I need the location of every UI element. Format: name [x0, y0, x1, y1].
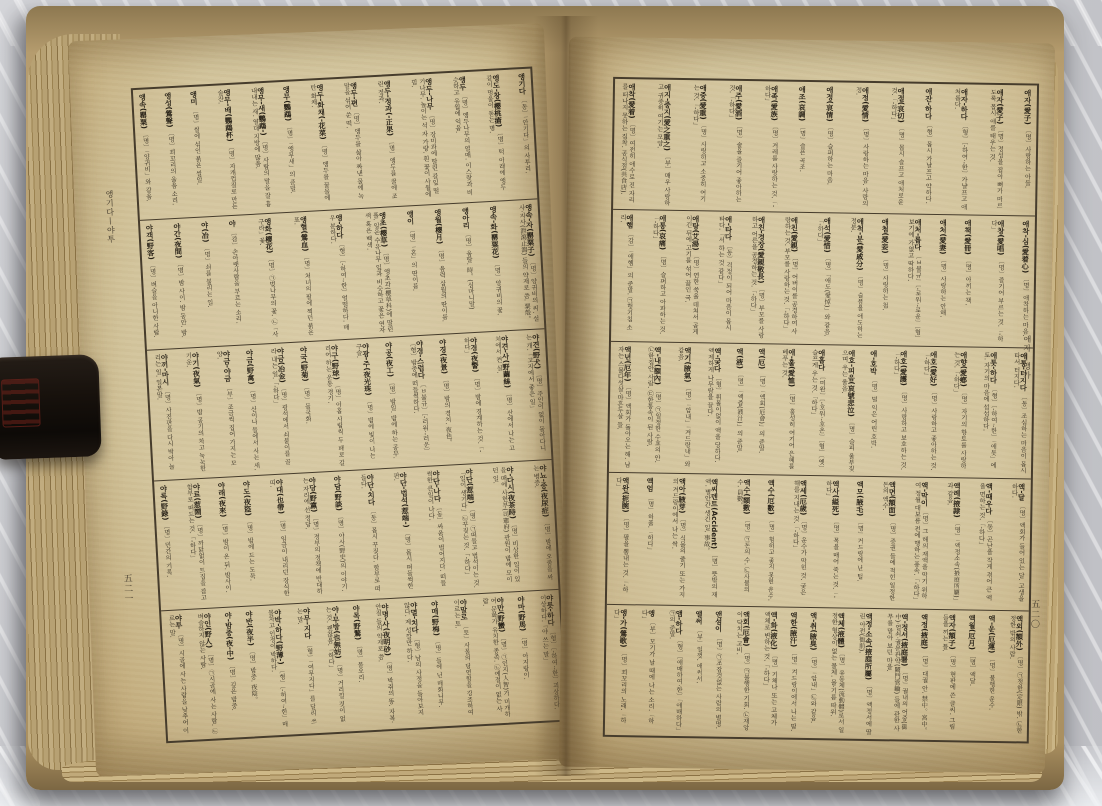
dictionary-entry: 액씨덴트(Accident) 〔명〕뜻밖의 재액. 별안간 생긴 일. 事故。: [701, 479, 719, 602]
dictionary-entry: 애친-경장(愛親敬長) 〔명〕부모를 사랑하고 어른을 공경하는 것.「-하다」: [748, 216, 766, 339]
entry-definition: 〔명〕「혼」의 딴이름.: [408, 227, 418, 291]
entry-headword: 애절(哀切): [897, 87, 906, 125]
entry-headword: 야국(野菊): [299, 346, 310, 384]
dictionary-entry: 애첩(愛妾) 〔명〕사랑하는 첩.: [879, 219, 889, 342]
entry-headword: 액-막이: [920, 482, 928, 509]
dictionary-entry: 액월(厄月) 〔명〕액달.: [966, 614, 976, 737]
entry-headword: 앰-하다: [675, 610, 683, 637]
entry-definition: 〔명〕「액회(厄會)」의 준말.: [757, 372, 765, 453]
dictionary-entry: 액-달 〔명〕액회가 들어 있는 달. 고생을 하다.: [1008, 483, 1026, 606]
entry-headword: 애착(愛着): [627, 83, 636, 121]
dictionary-entry: 야무-지다 〔형〕「여무지다」를 달리 쓰는 말.: [294, 608, 317, 730]
entry-definition: 〔명〕사랑하는 아들.: [1023, 127, 1031, 188]
entry-headword: 액체(液體): [837, 612, 846, 650]
dictionary-entry: 야래(夜來) 〔명〕밤이 온 뒤. 밤사이.: [217, 481, 232, 603]
dictionary-entry: 앵두-화채(-花菜) 〔명〕앵두를 꿀물에 탄 화채.: [308, 84, 331, 206]
entry-headword: 애창(愛唱): [996, 220, 1005, 258]
entry-headword: 애호-피음(哀號悲泣): [847, 349, 856, 419]
dictionary-entry: 야구(野球) 〔명〕아홉 사람씩 두 패로 갈리어 하는 운동 경기.: [322, 345, 345, 467]
dictionary-entry: 야만(野蠻) 〔명〕㉠인지(人智)가 미개하여 문화가 유치한 종족. ㉡예절이…: [480, 597, 511, 720]
entry-headword: 액모(腋毛): [856, 481, 865, 519]
entry-headword: 애석(愛惜): [823, 218, 832, 256]
entry-headword: 앵-가(鶯歌): [619, 609, 628, 650]
entry-headword: 야록(野錄): [159, 485, 170, 523]
entry-definition: 〔명〕들국화.: [302, 384, 311, 424]
dictionary-entry: 애호(愛好) 〔명〕사랑하고 좋아하는 것.「-하다」: [920, 351, 938, 474]
entry-definition: 〔명〕슬퍼하는 마음.: [825, 124, 833, 185]
dictionary-entry: 액년(厄年) 〔명〕액회가 돌아오는 해. 남자는 스물다섯살·마흔두살 들.: [614, 346, 632, 469]
entry-definition: 〔명〕야사(野史)의 이야기.: [336, 513, 347, 591]
dictionary-entry: 액면(額面) 〔명〕증권 들에 적힌 일정한 돈의 액수.: [879, 481, 897, 604]
dictionary-entry: 애정(哀情) 〔명〕슬퍼하는 마음.: [824, 86, 834, 209]
dictionary-entry: 야공(夜工) 〔명〕밤일. 밤에 하는 공부.: [384, 342, 399, 464]
entry-headword: 앵기다: [517, 73, 527, 98]
dictionary-entry: 앤섬이 〔명〕㉠조잡것없는 사람의 별명.: [713, 610, 723, 733]
entry-headword: 애정(愛情): [861, 87, 870, 125]
entry-definition: 〔명〕사랑하는 안해.: [939, 257, 947, 318]
right-page-frame: 애자(愛子) 〔명〕사랑하는 아들.애자(愛子) 〔명〕정성을 잡아 뼈가 마르…: [603, 77, 1039, 744]
dictionary-entry: 앵무-배(鸚鵡杯) 〔명〕자개껍질로 만든 술잔.: [215, 89, 238, 211]
entry-headword: 액월(厄月): [968, 614, 977, 652]
entry-definition: 〔명〕움딸. 時。(심마니말): [464, 231, 475, 309]
entry-headword: 야투: [174, 615, 184, 632]
clip-red-marking: [1, 378, 41, 427]
dictionary-entry: 앵기다 〔동〕「안기다」의 사투리.: [517, 73, 532, 195]
dictionary-entry: 액-궂다 〔형〕휘몰이없이 액을 당하다. 액제하게 나무람을 끌다.: [704, 347, 722, 470]
entry-definition: 〔명〕깊은 밤중.: [228, 663, 238, 711]
entry-headword: 앵무(鸚鵡): [282, 86, 293, 124]
dictionary-entry: 액한(腋汗) 〔명〕겨드랑이에서 나는 땀.: [788, 611, 798, 734]
entry-headword: 앵두-화채(-花菜): [316, 84, 328, 143]
entry-headword: 앵혈(鶯血): [299, 215, 310, 253]
dictionary-entry: 애통(哀痛) 〔명〕슬퍼하고 아파하는 것.「-하다」: [649, 215, 667, 338]
dictionary-entry: 야료(惹鬧) 〔명〕까닭없이 트집을 잡고 함부로 떠드는 것.「-하다」: [184, 483, 207, 605]
entry-definition: 〔명〕험하고 좋지 못한 운수.: [766, 517, 774, 601]
entry-definition: 〔명〕아지랑이.: [520, 634, 529, 680]
entry-definition: 〔명〕「양귀비」와 같음.: [141, 131, 152, 201]
entry-definition: 〔명〕밤 사이. 밤 동안. 밤.: [176, 260, 187, 337]
entry-headword: 앵성(鶯聲): [164, 92, 175, 130]
dictionary-entry: 야멸-치다 〔형〕남의 사정을 돌아보지 않다. 제 성깔만 하다.: [402, 602, 425, 724]
dictionary-entry: 애석(愛惜) 〔명〕「애도(愛悼)」와 같음.「-하다」: [814, 217, 832, 340]
dictionary-entry: 애착-심(愛着心) 〔명〕애착하는 마음.: [1020, 221, 1030, 344]
entry-definition: 〔명〕불행한 운수.: [987, 655, 995, 710]
dictionary-entry: 앵도-창(櫻桃瘡) 〔명〕턱 아래에 앵두같이 멍울이 돋는 병.: [484, 74, 507, 196]
entry-definition: 〔명〕덜 익은 어린 호박.: [869, 377, 877, 448]
dictionary-entry: 애처(愛妻) 〔명〕사랑하는 안해.: [937, 219, 947, 342]
dictionary-entry: 애-훌(愛恤) 〔명〕훌성히 여기어 은혜를 베푸는 것.: [778, 348, 796, 471]
entry-definition: 〔명〕쌀에 섞인 붉은 쌀알.: [191, 108, 202, 186]
dictionary-entry: 야대(也帶) 〔명〕임금이 내리던 장식한 띠.: [267, 478, 290, 600]
entry-headword: 애친(愛親): [790, 217, 799, 255]
entry-headword: 야단-치다: [366, 473, 377, 508]
dictionary-entry: 앵초(櫻草) 〔명〕앵초과(櫻草科)에 딸린 풀. 잎은 수유나무 잎과 비슷하…: [362, 211, 393, 334]
dictionary-entry: 앵두 〔명〕앵두나무의 열매. 이스랏과 비슷하고 유월에 익음.: [450, 76, 473, 198]
entry-headword: 애잔-하다: [924, 88, 933, 122]
entry-headword: 액정(掖庭): [920, 613, 929, 651]
entry-headword: 액-궂다: [713, 347, 721, 374]
entry-headword: 애주(愛酒): [734, 85, 743, 123]
dictionary-entry: 앵월(櫻月) 〔명〕음력 삼월의 딴이름.: [434, 208, 449, 330]
dictionary-entry: 야인(野人) 〔명〕㉠시골에 사는 사람. ㉡벼슬하지 않는 사람.: [195, 613, 218, 735]
entry-definition: 〔명〕거드랑에 난 털.: [856, 519, 864, 582]
entry-headword: 액기(腋氣): [683, 347, 692, 385]
dictionary-entry: 야투 〔명〕시골에 사는 사람을 낮추어 이르는 말.: [166, 615, 189, 737]
dictionary-entry: 앵이 〔명〕「혼」의 딴이름.: [406, 210, 421, 332]
entry-headword: 야경(夜警): [469, 337, 480, 375]
entry-definition: 〔명〕꾀꼬리의 울음 소리.: [167, 130, 178, 206]
dictionary-entry: 야국(野菊) 〔명〕들국화.: [299, 346, 314, 468]
dictionary-entry: 애자(愛子) 〔명〕정성을 잡아 뼈가 마르도록 몹시 애를 태우는 것.: [986, 89, 1004, 212]
entry-headword: 애책(愛冊): [963, 220, 972, 258]
entry-headword: 야무-지다: [302, 608, 313, 643]
dictionary-entry: 야담(野談) 〔명〕야사(野史)의 이야기.: [333, 475, 348, 597]
dictionary-entry: 야-무방(也無妨) 〔명〕거리낄 것이 없는 것. 괜찮음.「하다」: [323, 606, 346, 728]
dictionary-entry: 야릇-하다 〔형〕〔-하여·-한〕괴상하다. 이상하다.「야 쓰는 말」: [538, 594, 561, 716]
entry-headword: 액면(額面): [888, 481, 897, 519]
entry-headword: 애착-심(愛着心): [1021, 221, 1030, 276]
dictionary-entry: 애자-하다 〔형〕〔-하여·-한〕가냘프고 애처롭다.: [951, 88, 969, 211]
entry-definition: 〔부〕모기가 날 때에 나는 소리.「하다」: [640, 609, 655, 723]
entry-headword: 액례(掖隷): [952, 482, 961, 520]
dictionary-entry: 야마(野馬) 〔명〕아지랑이.: [517, 596, 532, 718]
entry-headword: 애탕(艾湯): [691, 216, 700, 254]
entry-headword: 야광-주(夜光珠): [361, 343, 373, 399]
dictionary-entry: 야금(冶金) 〔명〕광석에서 쇠붙이를 골라 내는 일.「-하다」: [268, 347, 291, 469]
dictionary-entry: 액정-소속(掖庭所屬) 〔명〕액정서에 딸린 아전(衙前).: [855, 612, 873, 735]
dictionary-entry: 야매(野梅) 〔명〕들에 난 매화나무.: [430, 601, 445, 723]
dictionary-entry: 앵두-나무 〔명〕장미과에 딸린 갈잎 떨기나무. 높이는 석 자 가량. 흰 …: [409, 78, 440, 201]
entry-headword: 야간(夜間): [173, 222, 184, 260]
entry-headword: 앵속(罌粟): [138, 93, 149, 131]
entry-headword: 애처-롭다: [914, 219, 923, 253]
entry-headword: 액아(腋芽): [678, 478, 687, 516]
dictionary-entry: 액(厄) 〔명〕「액회(厄會)」의 준말.: [756, 348, 766, 471]
dictionary-entry: 야단-법석(惹端-) 〔명〕몹시 떠들썩한 판.: [391, 472, 414, 594]
entry-definition: 〔명〕「액즙(液汁)」의 준말.: [735, 371, 743, 452]
dictionary-entry: 앵-가(鶯歌) 〔명〕꾀꼬리의 노래.「하다」: [610, 609, 628, 732]
entry-headword: 앨써: [695, 610, 703, 627]
dictionary-entry: 애-타다 〔동〕걱정이 되어 마음이 몹시 타다.「서 하는 것 같다」: [715, 216, 733, 339]
entry-definition: 〔동〕「안기다」의 사투리.: [520, 97, 531, 174]
dictionary-entry: 앵속-화(罌粟花) 〔명〕양귀비의 꽃.: [489, 205, 504, 327]
entry-definition: 〔명〕액달.: [968, 652, 976, 686]
entry-headword: 야금-야금: [222, 350, 233, 385]
dictionary-entry: 액기(腋氣) 〔명〕「암내」「겨드랑내」와 같음.: [674, 347, 692, 470]
left-page-frame: 앵기다 〔동〕「안기다」의 사투리.앵도-창(櫻桃瘡) 〔명〕턱 아래에 앵두같…: [131, 66, 568, 743]
entry-definition: 〔명〕시골에 사는 사람을 낮추어 이르는 말.: [167, 615, 188, 734]
dictionary-entry: 액세(厄歲) 〔명〕운수가 막힌 것. 궂은 해를 지내는 것.「-하다」: [790, 480, 808, 603]
entry-headword: 야래(夜來): [217, 481, 228, 519]
dictionary-entry: 야도(夜盜) 〔명〕밤에 드는 도둑.: [242, 480, 257, 602]
dictionary-entry: 야단-나다 〔동〕싸움이 벌어지다. 떠들썩한 큰일이 나다.: [424, 470, 447, 592]
dictionary-entry: 앵두-정과(-正果) 〔명〕앵두를 꿀에 조린 정과.: [375, 80, 398, 202]
page-number-left: 五二一: [121, 573, 135, 603]
entry-headword: 애향(愛鄕): [959, 351, 968, 389]
entry-definition: 〔명〕산이나 들에서 사는 새.: [248, 387, 260, 471]
dictionary-entry: 야명-사(夜明砂) 〔명〕박쥐의 똥. 자복·안질 들의 약재로 씀.: [373, 603, 396, 725]
dictionary-entry: 애착(愛着) 〔명〕여전히 애수로 진 자리를 떠나지 못하는 집착. 공식점(…: [618, 83, 636, 206]
dictionary-entry: 야끼-마시 〔명〕사진판을 다시 박아 늘리는 일. 일본말.: [152, 354, 175, 476]
dictionary-entry: 야간(夜間) 〔명〕밤 사이. 밤 동안. 밤.: [173, 222, 188, 344]
dictionary-entry: 애지-중지(愛之重之) 〔부〕매우 사랑하고 귀중히 여기는 모양.: [654, 84, 672, 207]
entry-row: 야뇨-증(夜尿症) 〔명〕밤에 오줌을 싸는 병증.야-다시(夜茶時) 〔명〕비…: [154, 460, 558, 612]
entry-row: 애자(愛子) 〔명〕사랑하는 아들.애자(愛子) 〔명〕정성을 잡아 뼈가 마르…: [613, 79, 1037, 217]
entry-headword: 야단-법석(惹端-): [399, 472, 411, 531]
running-head-left: 앵기다—야투: [104, 190, 117, 244]
entry-definition: 〔명〕양귀비의 꽃.: [493, 260, 503, 315]
dictionary-entry: 앵아리 〔명〕움딸. 時。(심마니말): [461, 207, 476, 329]
entry-headword: 야공(夜工): [384, 342, 395, 380]
entry-row: 야릇-하다 〔형〕〔-하여·-한〕괴상하다. 이상하다.「야 쓰는 말」야마(野…: [161, 590, 565, 741]
entry-definition: 〔명〕애착하는 마음.: [1021, 276, 1029, 337]
entry-headword: 앵미: [189, 91, 199, 108]
entry-row: 앵속-자(罌粟子) 〔명〕양귀비의 씨. 설사·지사(泄瀉止瀉) 들의 약재로 …: [140, 199, 544, 351]
entry-headword: 액수(額數): [742, 479, 751, 517]
dictionary-entry: 액정(掖庭) 〔명〕대궐 안. 禁中。宮中。: [919, 613, 929, 736]
entry-headword: 야대(也帶): [275, 478, 286, 516]
entry-definition: 〔명〕앵두나무의 열매. 이스랏과 비슷하고 유월에 익음.: [451, 77, 472, 196]
dictionary-entry: 애책(愛冊) 〔명〕아끼는 책.: [962, 220, 972, 343]
dictionary-entry: 애잔-하다 〔형〕몹시 가냘프고 약하다.: [923, 88, 933, 211]
entry-headword: 야기(夜氣): [191, 352, 202, 390]
dictionary-entry: 야-다시(夜茶時) 〔명〕비상한 일이 있을 때에 사헌부(司憲府) 관원이 밤…: [490, 466, 521, 589]
entry-headword: 애지-중지(愛之重之): [663, 84, 672, 154]
dictionary-entry: 야뇨-증(夜尿症) 〔명〕밤에 오줌을 싸는 병증.: [531, 464, 554, 586]
entry-definition: 〔명〕「암내」㉡와 같음.: [809, 653, 817, 723]
dictionary-entry: 액외(額外) 〔명〕㉠정한(定限) 밖. ㉡한정한 밖의 사람.: [1006, 615, 1024, 738]
entry-headword: 앵이: [406, 210, 416, 227]
entry-headword: 액(液): [736, 348, 744, 372]
entry-headword: 앵-하다: [335, 214, 345, 241]
entry-headword: 앵속-화(罌粟花): [489, 205, 501, 261]
dictionary-entry: 야록(野錄) 〔명〕민간의 기록.: [159, 485, 174, 607]
entry-row: 애착-심(愛着心) 〔명〕애착하는 마음.애창(愛唱) 〔명〕즐기어 부르는 것…: [611, 210, 1035, 348]
dictionary-entry: 야반(夜半) 〔명〕밤중. 夜陰。: [245, 611, 260, 733]
entry-headword: 액-화(液化): [770, 611, 779, 652]
entry-row: 앵기다 〔동〕「안기다」의 사투리.앵도-창(櫻桃瘡) 〔명〕턱 아래에 앵두같…: [133, 69, 537, 221]
entry-definition: 〔명〕「앵무새」의 준말.: [285, 123, 296, 193]
dictionary-entry: 액례(掖隷) 〔명〕「액정소속(掖庭所屬)」과 같음.: [943, 482, 961, 605]
entry-definition: 〔명〕㉠조잡것없는 사람의 별명.: [714, 634, 722, 728]
entry-headword: 액-달: [1017, 484, 1025, 504]
entry-definition: 〔명〕비상한 일이 있을 때에 사헌부(司憲府) 관원이 밤에 모이던 일.: [491, 466, 520, 582]
dictionary-entry: 애친(愛親) 〔명〕어버이를 공경하여 사랑하는 것. 부모를 사랑하는 것.「…: [781, 217, 799, 340]
dictionary-entry: 앵 〔부〕모기가 날 때에 나는 소리.「하다」: [638, 609, 656, 732]
dictionary-entry: 애조(哀調) 〔명〕슬픈 곡조.: [796, 86, 806, 209]
entry-headword: 야객(野客): [145, 224, 156, 262]
entry-headword: 애정(哀情): [825, 86, 834, 124]
dictionary-entry: 앨써 〔부〕일껏. 애써서.: [693, 610, 703, 733]
left-page: 앵기다—야투 五二一 앵기다 〔동〕「안기다」의 사투리.앵도-창(櫻桃瘡) 〔…: [68, 23, 572, 777]
entry-headword: 야견-사(野繭絲): [500, 335, 512, 391]
entry-headword: 야마(野馬): [517, 596, 528, 634]
entry-headword: 야매(野梅): [430, 601, 441, 639]
entry-headword: 야도(夜盜): [242, 480, 253, 518]
dictionary-entry: 애호(愛護) 〔명〕사랑하고 보호하는 것.「-하다」: [890, 350, 908, 473]
entry-definition: 〔명〕하품.「하다」: [646, 495, 654, 554]
dictionary-entry: 애탕(艾湯) 〔명〕연한 쑥을 데쳐서 곱게 이긴 뒤에 고기를 섞어 끓인 국…: [682, 215, 700, 338]
dictionary-entry: 야말로 〔토〕사물의 당연함을 강조하여 이르는 토.: [451, 599, 474, 721]
entry-headword: 애호(愛好): [929, 351, 938, 389]
entry-headword: 야(冶): [200, 221, 210, 245]
entry-headword: 애자(愛子): [996, 89, 1005, 127]
entry-headword: 앵아리: [461, 207, 471, 232]
dictionary-entry: 애틋-하다 〔형〕〔-하여·-한〕「애틋」에 토. 자기의 마음에 섭섭하다.: [980, 352, 998, 475]
entry-headword: 야목(野鶩): [352, 605, 363, 643]
dictionary-entry: 야목(野鶩) 〔명〕물오리.: [352, 605, 367, 727]
entry-headword: 애자-하다: [960, 88, 969, 122]
dictionary-entry: 애처-롭다 〔ㅂ불규〕〔-로워·-로운〕〔형〕보기에 가엾고 딱하다.: [904, 219, 922, 342]
dictionary-entry: 애-호박 〔명〕덜 익은 어린 호박.: [868, 350, 878, 473]
entry-definition: 〔명〕밤에 드는 도둑.: [245, 518, 255, 581]
dictionary-entry: 액-막이 〔명〕그 해의 재액을 막기 위하여 정월 대보름 전에 행하는 풍속…: [911, 482, 929, 605]
entry-headword: 액수(厄數): [767, 480, 776, 518]
dictionary-entry: 액수(厄數) 〔명〕험하고 좋지 못한 운수.: [765, 480, 775, 603]
dictionary-entry: 액수(額數) 〔명〕㉠돈의 수. ㉡사물의 수. 員數。: [733, 479, 751, 602]
dictionary-entry: 야경(夜景) 〔명〕밤의 경치. 夜色。: [438, 339, 453, 461]
dictionary-entry: 앵-하다 〔형〕〔-하여·-한〕얼떨하다. 매우 분하다.: [327, 214, 350, 336]
entry-headword: 액-취(腋臭): [809, 612, 818, 653]
dictionary-entry: 야금(野禽) 〔명〕산이나 들에서 사는 새.: [245, 349, 260, 471]
running-head-right: 애자—앵가: [1021, 335, 1033, 380]
entry-definition: 〔명〕밤일. 밤에 하는 공부.: [387, 379, 398, 459]
entry-definition: 〔부〕일껏. 애써서.: [695, 627, 703, 684]
entry-definition: 〔명〕들에 난 매화나무.: [433, 639, 444, 708]
entry-definition: 〔명〕아끼는 책.: [964, 258, 972, 306]
dictionary-entry: 앰-하다 〔형〕〔애매하여·한〕「애매하다」㉠의 준말.: [665, 609, 683, 732]
entry-headword: 애-타다: [724, 216, 732, 243]
entry-row: 액외(額外) 〔명〕㉠정한(定限) 밖. ㉡한정한 밖의 사람.액-운(厄運) …: [605, 604, 1029, 741]
dictionary-entry: 야객(野客) 〔명〕벼슬을 아니한 사람.: [145, 224, 160, 346]
dictionary-entry: 액사(縊死) 〔명〕목을 매어 죽는 것.「-하다」: [822, 480, 840, 603]
entry-headword: 앵두-정과(-正果): [383, 80, 395, 139]
dictionary-entry: 애햄 〔감〕「애헴」의 준말. ㉠헛기침 소리.: [616, 214, 634, 337]
entry-headword: 야뇨-증(夜尿症): [539, 464, 551, 520]
entry-definition: 〔명〕음력 삼월의 딴이름.: [437, 246, 448, 322]
entry-definition: 〔명〕사랑하는 첩.: [881, 256, 889, 311]
dictionary-entry: 애정(愛情) 〔명〕사랑하는 마음. 사랑의 정.: [852, 87, 870, 210]
entry-headword: 액엄: [646, 478, 654, 495]
dictionary-entry: 애척-분(愛戚分) 〔명〕슬픔을 애도하는 정분.: [846, 218, 864, 341]
dictionary-entry: 애창(愛唱) 〔명〕즐기어 부르는 것.「-하다」: [987, 220, 1005, 343]
dictionary-entry: 야견(野犬) 〔명〕주인이 없이 돌아다니는 개.「고지에서 좋은 일」: [523, 334, 546, 456]
entry-definition: 〔명〕밤의 경치. 夜色。: [441, 377, 452, 446]
dictionary-entry: 앵속-자(罌粟子) 〔명〕양귀비의 씨. 설사·지사(泄瀉止瀉) 들의 약재로 …: [516, 203, 539, 325]
dictionary-entry: 액모(腋毛) 〔명〕거드랑에 난 털.: [854, 481, 864, 604]
dictionary-entry: 야박-하다(野薄-) 〔형〕〔-하여·-한〕매몰차고 인정이 박하다.: [266, 609, 289, 731]
entry-headword: 앵: [647, 609, 655, 619]
entry-headword: 액자(額子): [948, 614, 957, 652]
dictionary-entry: 야경(夜警) 〔명〕밤에 경계하는 것.「-하다」: [461, 337, 484, 459]
dictionary-entry: 애향(愛鄕) 〔명〕자기의 향토를 사랑하는 것.「-하다」: [950, 351, 968, 474]
dictionary-entry: 앵두-편 〔명〕앵두를 삶아 짜낸 물에 녹말을 섞어 쑨 떡.: [341, 82, 364, 204]
dictionary-entry: 야-밤중(夜-中) 〔명〕깊은 밤중.: [224, 612, 239, 734]
entry-definition: 〔명〕슬픈 곡조.: [798, 124, 806, 172]
entry-headword: 야금(野禽): [245, 349, 256, 387]
dictionary-entry: 액-내(額內) 〔명〕㉠일정한 수효의 안. ㉡한집안 사람. ㉢한통속이 된 …: [644, 346, 662, 469]
entry-headword: 야말로: [459, 599, 469, 624]
entry-headword: 야-밤중(夜-中): [224, 612, 236, 663]
entry-headword: 애친-경장(愛親敬長): [757, 217, 766, 287]
dictionary-entry: 야금-야금 〔부〕조금씩 집어 가지는 모양.: [214, 350, 237, 472]
dictionary-entry: 액아(腋芽) 〔명〕식물의 줄기 또는 가지의 겨드랑이에서 나는 싹.: [669, 478, 687, 601]
entry-definition: 〔명〕쇠를 불리는 일.: [203, 244, 213, 307]
entry-headword: 애척-분(愛戚分): [856, 218, 865, 273]
dictionary-entry: 액(液) 〔명〕「액즙(液汁)」의 준말.: [734, 348, 744, 471]
dictionary-entry: 야단-치다 〔동〕몹시 꾸짖다. 함부로 떠들다.: [358, 473, 381, 595]
dictionary-entry: 앵무(鸚鵡) 〔명〕「앵무새」의 준말.: [282, 86, 297, 208]
dictionary-entry: 액회(厄會) 〔명〕㉠불행한 기회. ㉡재앙이 닥치는 고비.: [733, 610, 751, 733]
entry-definition: 〔형〕몹시 가냘프고 약하다.: [924, 122, 932, 204]
entry-headword: 액-때우다: [985, 483, 994, 517]
dictionary-entry: 앵무-새(鸚鵡-) 〔명〕사람의 말을 잘 흉내내는 새. 열대 지방에 많음.: [249, 87, 272, 209]
entry-headword: 액년(厄年): [623, 346, 632, 384]
dictionary-entry: 야경-스럽다 〔ㅂ불규〕〔-러워·-러운〕〔형〕밤중에 떠들썩하다.: [407, 340, 430, 462]
entry-headword: 애햄: [626, 215, 634, 232]
entry-definition: 〔명〕앵초과(櫻草科)에 딸린 풀. 잎은 수유나무 잎과 비슷하고 꽃은 연자…: [363, 212, 392, 333]
right-page: 애자—앵가 五二〇 애자(愛子) 〔명〕사랑하는 아들.애자(愛子) 〔명〕정성…: [559, 37, 1055, 774]
entry-headword: 액-내(額內): [653, 346, 662, 387]
dictionary-entry: 야(冶) 〔명〕쇠를 불리는 일.: [200, 221, 215, 343]
dictionary-entry: 애홉다 〔미완〕〔-호워·-호온〕〔형〕〔옛〕슬프게 우는 것.「하다」: [808, 349, 826, 472]
entry-headword: 애자(愛子): [1023, 89, 1032, 127]
dictionary-entry: 액-정서(掖庭署) 〔명〕궐내의 어중(御中)·열쇠·궐문관약(闕門管鑰) 들에…: [883, 613, 909, 736]
entry-headword: 액세(厄歲): [799, 480, 808, 518]
dictionary-entry: 앵혈(鶯血) 〔명〕처녀의 팔에 찍던 붉은 표.: [291, 215, 314, 337]
dictionary-entry: 야단(惹端) 〔명〕㉠떠들고 법석이는 것.「일이 생기다」㉡꾸짖는 것.「-하…: [457, 468, 480, 590]
entry-definition: 〔명〕밤중. 夜陰。: [248, 649, 258, 704]
page-number-right: 五二〇: [1028, 599, 1041, 629]
dictionary-entry: 액체(液體) 〔명〕유동체(流動體)로서 일정한 형상이 없는 물체. 물·기름…: [828, 612, 846, 735]
entry-headword: 야반(夜半): [245, 611, 256, 649]
entry-headword: 애-훌(愛恤): [787, 348, 796, 389]
entry-definition: 〔명〕겨드랑이에서 나는 땀.: [789, 649, 797, 731]
entry-headword: 애처(愛妻): [939, 219, 948, 257]
dictionary-entry: 액-운(厄運) 〔명〕불행한 운수.: [986, 614, 996, 737]
entry-definition: 〔명〕벼슬을 아니한 사람.: [148, 262, 159, 338]
entry-headword: 앤섬이: [714, 610, 722, 634]
entry-headword: 액외(額外): [1015, 615, 1024, 653]
dictionary-entry: 액-때우다 〔동〕곤난을 작게 겪어 큰 액을 면하는 것.「-하다」: [975, 483, 993, 606]
entry-definition: 〔명〕민간의 기록.: [162, 522, 172, 577]
dictionary-entry: 액자(額子) 〔명〕현판에 쓴 글씨. 그림 들을 끼는 틀.: [939, 614, 957, 737]
entry-headword: 애첩(愛妾): [881, 219, 890, 257]
entry-row: 야견(野犬) 〔명〕주인이 없이 돌아다니는 개.「고지에서 좋은 일」야견-사…: [147, 329, 551, 481]
entry-headword: 애중(愛重): [699, 84, 708, 122]
dictionary-entry: 앵미 〔명〕쌀에 섞인 붉은 쌀알.: [189, 91, 204, 213]
entry-headword: 앵무-배(鸚鵡杯): [223, 89, 235, 145]
dictionary-entry: 야당(野黨) 〔명〕정부의 정책에 반대하는 자리에 선 정당.: [300, 477, 323, 599]
entry-headword: 애-호박: [869, 350, 877, 377]
entry-headword: 액한(腋汗): [789, 611, 798, 649]
entry-headword: 액-정서(掖庭署): [900, 613, 909, 668]
book-clip[interactable]: [0, 354, 102, 460]
entry-row: 액-달 〔명〕액회가 들어 있는 달. 고생을 하다.액-때우다 〔동〕곤난을 …: [607, 473, 1031, 611]
entry-row: 애통-터지다 〔동〕조심하는 마음이 몹시 타서 터지다.애틋-하다 〔형〕〔-…: [609, 342, 1033, 480]
entry-headword: 애홉다: [818, 349, 826, 373]
dictionary-entry: 애호-피음(哀號悲泣) 〔명〕슬피 울부짖으며 우는 울음.: [838, 349, 856, 472]
entry-headword: 앵두: [458, 76, 468, 93]
dictionary-entry: 야광-주(夜光珠) 〔명〕밤에 빛이 나는 구슬.: [353, 343, 376, 465]
entry-definition: 〔감〕손아랫사람을 부르는 소리.: [230, 229, 242, 323]
entry-headword: 애호(愛護): [899, 350, 908, 388]
entry-headword: 액씨덴트(Accident): [710, 479, 719, 552]
dictionary-entry: 앵화(櫻花) 〔명〕㉠벚나무의 꽃. ㉡「사구라」꽃.: [256, 217, 279, 339]
entry-headword: 야경(夜景): [438, 339, 449, 377]
entry-definition: 〔명〕㉠인지(人智)가 미개하여 문화가 유치한 종족. ㉡예절이 없는 사람.: [481, 598, 510, 718]
entry-definition: 〔명〕물오리.: [355, 643, 364, 683]
